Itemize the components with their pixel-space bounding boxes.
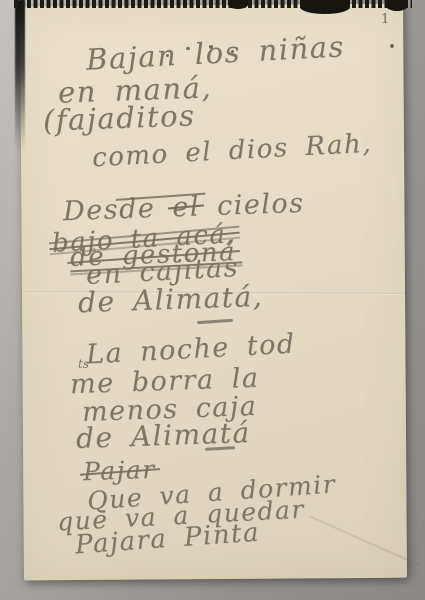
ink-speck xyxy=(390,44,394,48)
scan-edge-shadow xyxy=(15,0,25,150)
tear-mark xyxy=(228,0,248,9)
handwritten-line-14: Pajar xyxy=(83,457,157,485)
struck-word: Pajar xyxy=(83,457,157,485)
page-number: 1 xyxy=(381,13,391,26)
line-5-text: cielos xyxy=(217,188,306,222)
perforated-edge xyxy=(14,0,412,8)
struck-word: el xyxy=(172,193,201,221)
tear-mark xyxy=(386,0,408,11)
tear-mark xyxy=(300,0,350,14)
scan-background: 1 Bajan los niñas en maná, (fajaditos co… xyxy=(0,0,425,600)
handwritten-line-5: Desde el cielos xyxy=(63,190,305,225)
handwritten-line-9: de Alimatá, xyxy=(78,283,264,317)
handwritten-line-3: (fajaditos xyxy=(43,101,196,135)
